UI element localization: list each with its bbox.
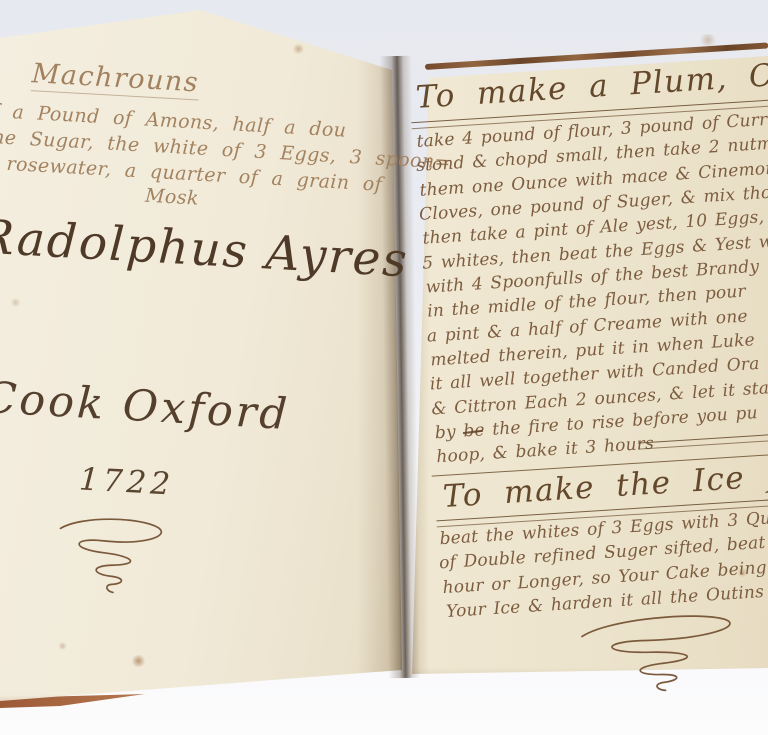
left-recipe-line: Mosk [145, 185, 200, 210]
owner-role-place: Cook Oxford [0, 373, 291, 440]
owner-signature: Radolphus Ayres [0, 209, 410, 288]
right-page-text: To make a Plum, Ca take 4 pound of flour… [400, 6, 768, 720]
left-recipe-title: Machrouns [31, 58, 200, 100]
manuscript-photo: Machrouns f a Pound of Amons, half a dou… [0, 0, 768, 735]
left-page-text: Machrouns f a Pound of Amons, half a dou… [0, 28, 432, 735]
year-inscription: 1722 [78, 461, 175, 502]
spiral-flourish-right [569, 608, 749, 699]
line-end-rule [638, 432, 768, 450]
spiral-flourish-left [49, 510, 174, 602]
